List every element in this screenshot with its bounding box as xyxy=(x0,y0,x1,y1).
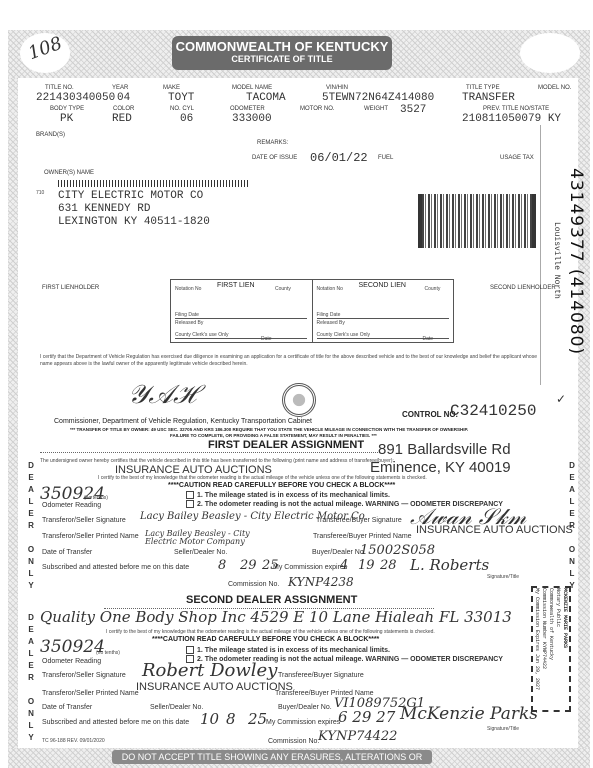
body-type-label: BODY TYPE xyxy=(50,106,84,112)
date-of-issue-label: DATE OF ISSUE xyxy=(252,155,297,161)
first-dealer-certify: I certify to the best of my knowledge th… xyxy=(98,475,427,481)
first-lien-title: FIRST LIEN xyxy=(217,282,255,289)
second-county-label: County xyxy=(425,286,441,292)
title-no-value: 221430340050 xyxy=(36,92,115,104)
year-label: YEAR xyxy=(112,85,128,91)
first-dealer-side-left: DEALERONLY xyxy=(26,460,36,592)
vin-value: 5TEWN72N64Z414080 xyxy=(322,92,434,104)
first-dealer-buyer-sig-label: Transferee/Buyer Signature xyxy=(316,517,402,524)
second-dealer-buyer-sig-label: Transferee/Buyer Signature xyxy=(278,672,364,679)
border-right xyxy=(578,30,590,760)
second-dealer-seller-sig-label: Transferor/Seller Signature xyxy=(42,672,126,679)
notary-stamp-line-2: Commonwealth of Kentucky xyxy=(548,588,554,710)
title-type-value: TRANSFER xyxy=(462,92,515,104)
second-dealer-check-1[interactable]: 1. The mileage stated is in excess of it… xyxy=(186,646,390,654)
first-dealer-sub-dd: 29 xyxy=(240,558,257,573)
commissioner-signature: 𝒴𝒜ℋ xyxy=(128,380,196,411)
title-no-label: TITLE NO. xyxy=(45,85,74,91)
postal-barcode xyxy=(58,180,248,187)
first-lien-box: FIRST LIEN Notation No County Filing Dat… xyxy=(171,280,313,342)
first-dealer-sub-mm: 8 xyxy=(218,558,226,573)
second-dealer-seller-print: INSURANCE AUTO AUCTIONS xyxy=(136,681,293,693)
state-title: COMMONWEALTH OF KENTUCKY xyxy=(172,39,392,54)
prev-title-value: 210811050079 KY xyxy=(462,113,561,125)
checkbox[interactable] xyxy=(186,491,194,499)
first-dealer-buyer-dealer-label: Buyer/Dealer No. xyxy=(312,549,366,556)
second-dealer-odometer-label: Odometer Reading xyxy=(42,658,101,665)
second-dealer-seller-print-label: Transferor/Seller Printed Name xyxy=(42,690,139,697)
first-dealer-caution: ****CAUTION READ CAREFULLY BEFORE YOU CH… xyxy=(168,482,395,489)
owner-name: CITY ELECTRIC MOTOR CO xyxy=(58,190,203,202)
second-dealer-subscribed-label: Subscribed and attested before me on thi… xyxy=(42,719,189,726)
second-dealer-buyer-dealer-label: Buyer/Dealer No. xyxy=(278,704,332,711)
owner-code: 710 xyxy=(36,190,44,196)
second-lien-title: SECOND LIEN xyxy=(359,282,406,289)
first-dealer-exp-dd: 19 xyxy=(358,558,375,573)
weight-value: 3527 xyxy=(400,104,426,116)
first-dealer-seller-dealer-label: Seller/Dealer No. xyxy=(174,549,227,556)
title-banner: COMMONWEALTH OF KENTUCKY CERTIFICATE OF … xyxy=(172,36,392,70)
first-dealer-commission-no-label: Commission No. xyxy=(228,581,279,588)
second-dealer-commission-no: KYNP74422 xyxy=(318,729,397,744)
mileage-warning-1: *** TRANSFER OF TITLE BY OWNER: 49 USC S… xyxy=(70,427,530,432)
second-dealer-date-transfer-label: Date of Transfer xyxy=(42,704,92,711)
first-filing-label: Filing Date xyxy=(175,312,307,319)
first-county-label: County xyxy=(275,286,291,292)
certification-text: I certify that the Department of Vehicle… xyxy=(40,354,538,368)
body-type-value: PK xyxy=(60,113,73,125)
footer-warning: DO NOT ACCEPT TITLE SHOWING ANY ERASURES… xyxy=(112,750,432,764)
second-filing-label: Filing Date xyxy=(317,312,449,319)
second-dealer-seller-dealer-label: Seller/Dealer No. xyxy=(150,704,203,711)
first-dealer-notary-sig: L. Roberts xyxy=(410,556,489,574)
first-date-label: Date xyxy=(261,336,272,342)
check-1-label: 1. The mileage stated is in excess of it… xyxy=(197,647,390,654)
first-dealer-subscribed-label: Subscribed and attested before me on thi… xyxy=(42,564,189,571)
first-dealer-separator xyxy=(40,452,380,453)
first-dealer-seller-print-label: Transferor/Seller Printed Name xyxy=(42,533,139,540)
pdf417-barcode xyxy=(418,194,536,248)
odometer-label: ODOMETER xyxy=(230,106,265,112)
first-dealer-commission-exp-label: My Commission expires xyxy=(273,564,347,571)
form-number: TC 96-188 REV. 09/01/2020 xyxy=(42,738,105,744)
first-dealer-commission-no: KYNP4238 xyxy=(288,575,354,589)
second-dealer-commission-exp-label: My Commission expires xyxy=(266,719,340,726)
prev-title-label: PREV. TITLE NO/STATE xyxy=(483,106,549,112)
checkbox[interactable] xyxy=(186,646,194,654)
kentucky-seal xyxy=(282,383,316,417)
mileage-warning-2: FAILURE TO COMPLETE, OR PROVIDING A FALS… xyxy=(170,433,377,438)
second-dealer-sig-title-label: Signature/Title xyxy=(487,726,519,732)
second-lien-box: SECOND LIEN Notation No County Filing Da… xyxy=(313,280,454,342)
notary-stamp-line-3: Commission Number KYNP74422 xyxy=(541,588,547,710)
title-type-label: TITLE TYPE xyxy=(466,85,500,91)
first-dealer-heading: FIRST DEALER ASSIGNMENT xyxy=(208,439,364,451)
first-dealer-exp-mm: 4 xyxy=(340,558,348,573)
second-released-label: Released By xyxy=(317,320,345,326)
notary-stamp-name: MCKENZIE MARIE PARKS xyxy=(562,588,568,710)
notary-stamp-line-1: Notary Public xyxy=(555,588,561,710)
usage-tax-label: USAGE TAX xyxy=(500,155,534,161)
owner-address-1: 631 KENNEDY RD xyxy=(58,203,150,215)
first-dealer-seller-sig-label: Transferor/Seller Signature xyxy=(42,517,126,524)
model-name-label: MODEL NAME xyxy=(232,85,272,91)
second-dealer-certify: I certify to the best of my knowledge th… xyxy=(106,629,435,635)
first-lienholder-label: FIRST LIENHOLDER xyxy=(42,285,99,291)
second-lienholder-label: SECOND LIENHOLDER xyxy=(490,285,556,291)
right-oval xyxy=(520,33,580,73)
remarks-label: REMARKS: xyxy=(257,140,288,146)
second-dealer-seller-sig: Robert Dowley xyxy=(142,660,277,681)
second-date-label: Date xyxy=(423,336,434,342)
notary-stamp: MCKENZIE MARIE PARKS Notary Public Commo… xyxy=(531,586,571,712)
weight-label: WEIGHT xyxy=(364,106,388,112)
make-label: MAKE xyxy=(163,85,180,91)
first-dealer-buyer-print: INSURANCE AUTO AUCTIONS xyxy=(416,524,573,536)
first-dealer-exp-yy: 28 xyxy=(380,558,397,573)
right-divider xyxy=(540,125,541,385)
first-dealer-address-1: 891 Ballardsville Rd xyxy=(378,441,511,458)
check-mark: ✓ xyxy=(556,392,566,406)
control-no-value: C32410250 xyxy=(450,402,536,420)
second-dealer-commission-no-label: Commission No. xyxy=(268,738,319,745)
color-label: COLOR xyxy=(113,106,134,112)
fuel-label: FUEL xyxy=(378,155,393,161)
first-dealer-check-1[interactable]: 1. The mileage stated is in excess of it… xyxy=(186,491,390,499)
first-dealer-odometer-label: Odometer Reading xyxy=(42,502,101,509)
side-stamp-number: 43149377 (414080) xyxy=(566,168,586,355)
date-of-issue-value: 06/01/22 xyxy=(310,151,368,165)
document-type: CERTIFICATE OF TITLE xyxy=(172,54,392,64)
second-dealer-sub-mm: 10 xyxy=(200,710,219,728)
vin-label: VIN/HIN xyxy=(326,85,348,91)
second-dealer-notary-sig: McKenzie Parks xyxy=(400,704,538,724)
make-value: TOYT xyxy=(168,92,194,104)
year-value: 04 xyxy=(117,92,130,104)
model-no-label: MODEL NO. xyxy=(538,85,571,91)
cyl-label: NO. CYL xyxy=(170,106,194,112)
brands-label: BRAND(S) xyxy=(36,132,65,138)
first-dealer-odometer-value: 350924 xyxy=(40,484,105,504)
odometer-value: 333000 xyxy=(232,113,272,125)
color-value: RED xyxy=(112,113,132,125)
model-name-value: TACOMA xyxy=(246,92,286,104)
notary-stamp-line-4: My Commission Expires Jun 29, 2027 xyxy=(534,588,540,710)
second-dealer-caution: ****CAUTION READ CAREFULLY BEFORE YOU CH… xyxy=(152,636,379,643)
motor-no-label: MOTOR NO. xyxy=(300,106,335,112)
first-notation-label: Notation No xyxy=(175,286,201,292)
second-dealer-sub-yy: 25 xyxy=(248,710,267,728)
first-clerk-label: County Clerk's use Only xyxy=(175,332,307,339)
second-dealer-side-left: DEALERONLY xyxy=(26,612,36,744)
first-dealer-date-transfer-label: Date of Transfer xyxy=(42,549,92,556)
lien-table: FIRST LIEN Notation No County Filing Dat… xyxy=(170,279,454,343)
checkbox[interactable] xyxy=(186,500,194,508)
second-dealer-buyer-handwritten: Quality One Body Shop Inc 4529 E 10 Lane… xyxy=(40,608,512,626)
owner-label: OWNER(S) NAME xyxy=(44,170,94,176)
first-released-label: Released By xyxy=(175,320,203,326)
second-dealer-sub-dd: 8 xyxy=(226,710,236,728)
first-dealer-odometer-note: (no tenths) xyxy=(84,495,108,501)
check-1-label: 1. The mileage stated is in excess of it… xyxy=(197,492,390,499)
owner-address-2: LEXINGTON KY 40511-1820 xyxy=(58,216,210,228)
second-dealer-exp-value: 6 29 27 xyxy=(338,708,395,726)
second-dealer-heading: SECOND DEALER ASSIGNMENT xyxy=(186,594,357,606)
border-left xyxy=(8,30,18,760)
second-dealer-odometer-note: (no tenths) xyxy=(96,650,120,656)
first-dealer-sig-title-label: Signature/Title xyxy=(487,574,519,580)
first-dealer-buyer-print-label: Transferee/Buyer Printed Name xyxy=(313,533,412,540)
first-dealer-seller-print: Lacy Bailey Beasley - City Electric Moto… xyxy=(145,530,275,546)
commissioner-title: Commissioner, Department of Vehicle Regu… xyxy=(54,418,312,425)
cyl-value: 06 xyxy=(180,113,193,125)
second-notation-label: Notation No xyxy=(317,286,343,292)
